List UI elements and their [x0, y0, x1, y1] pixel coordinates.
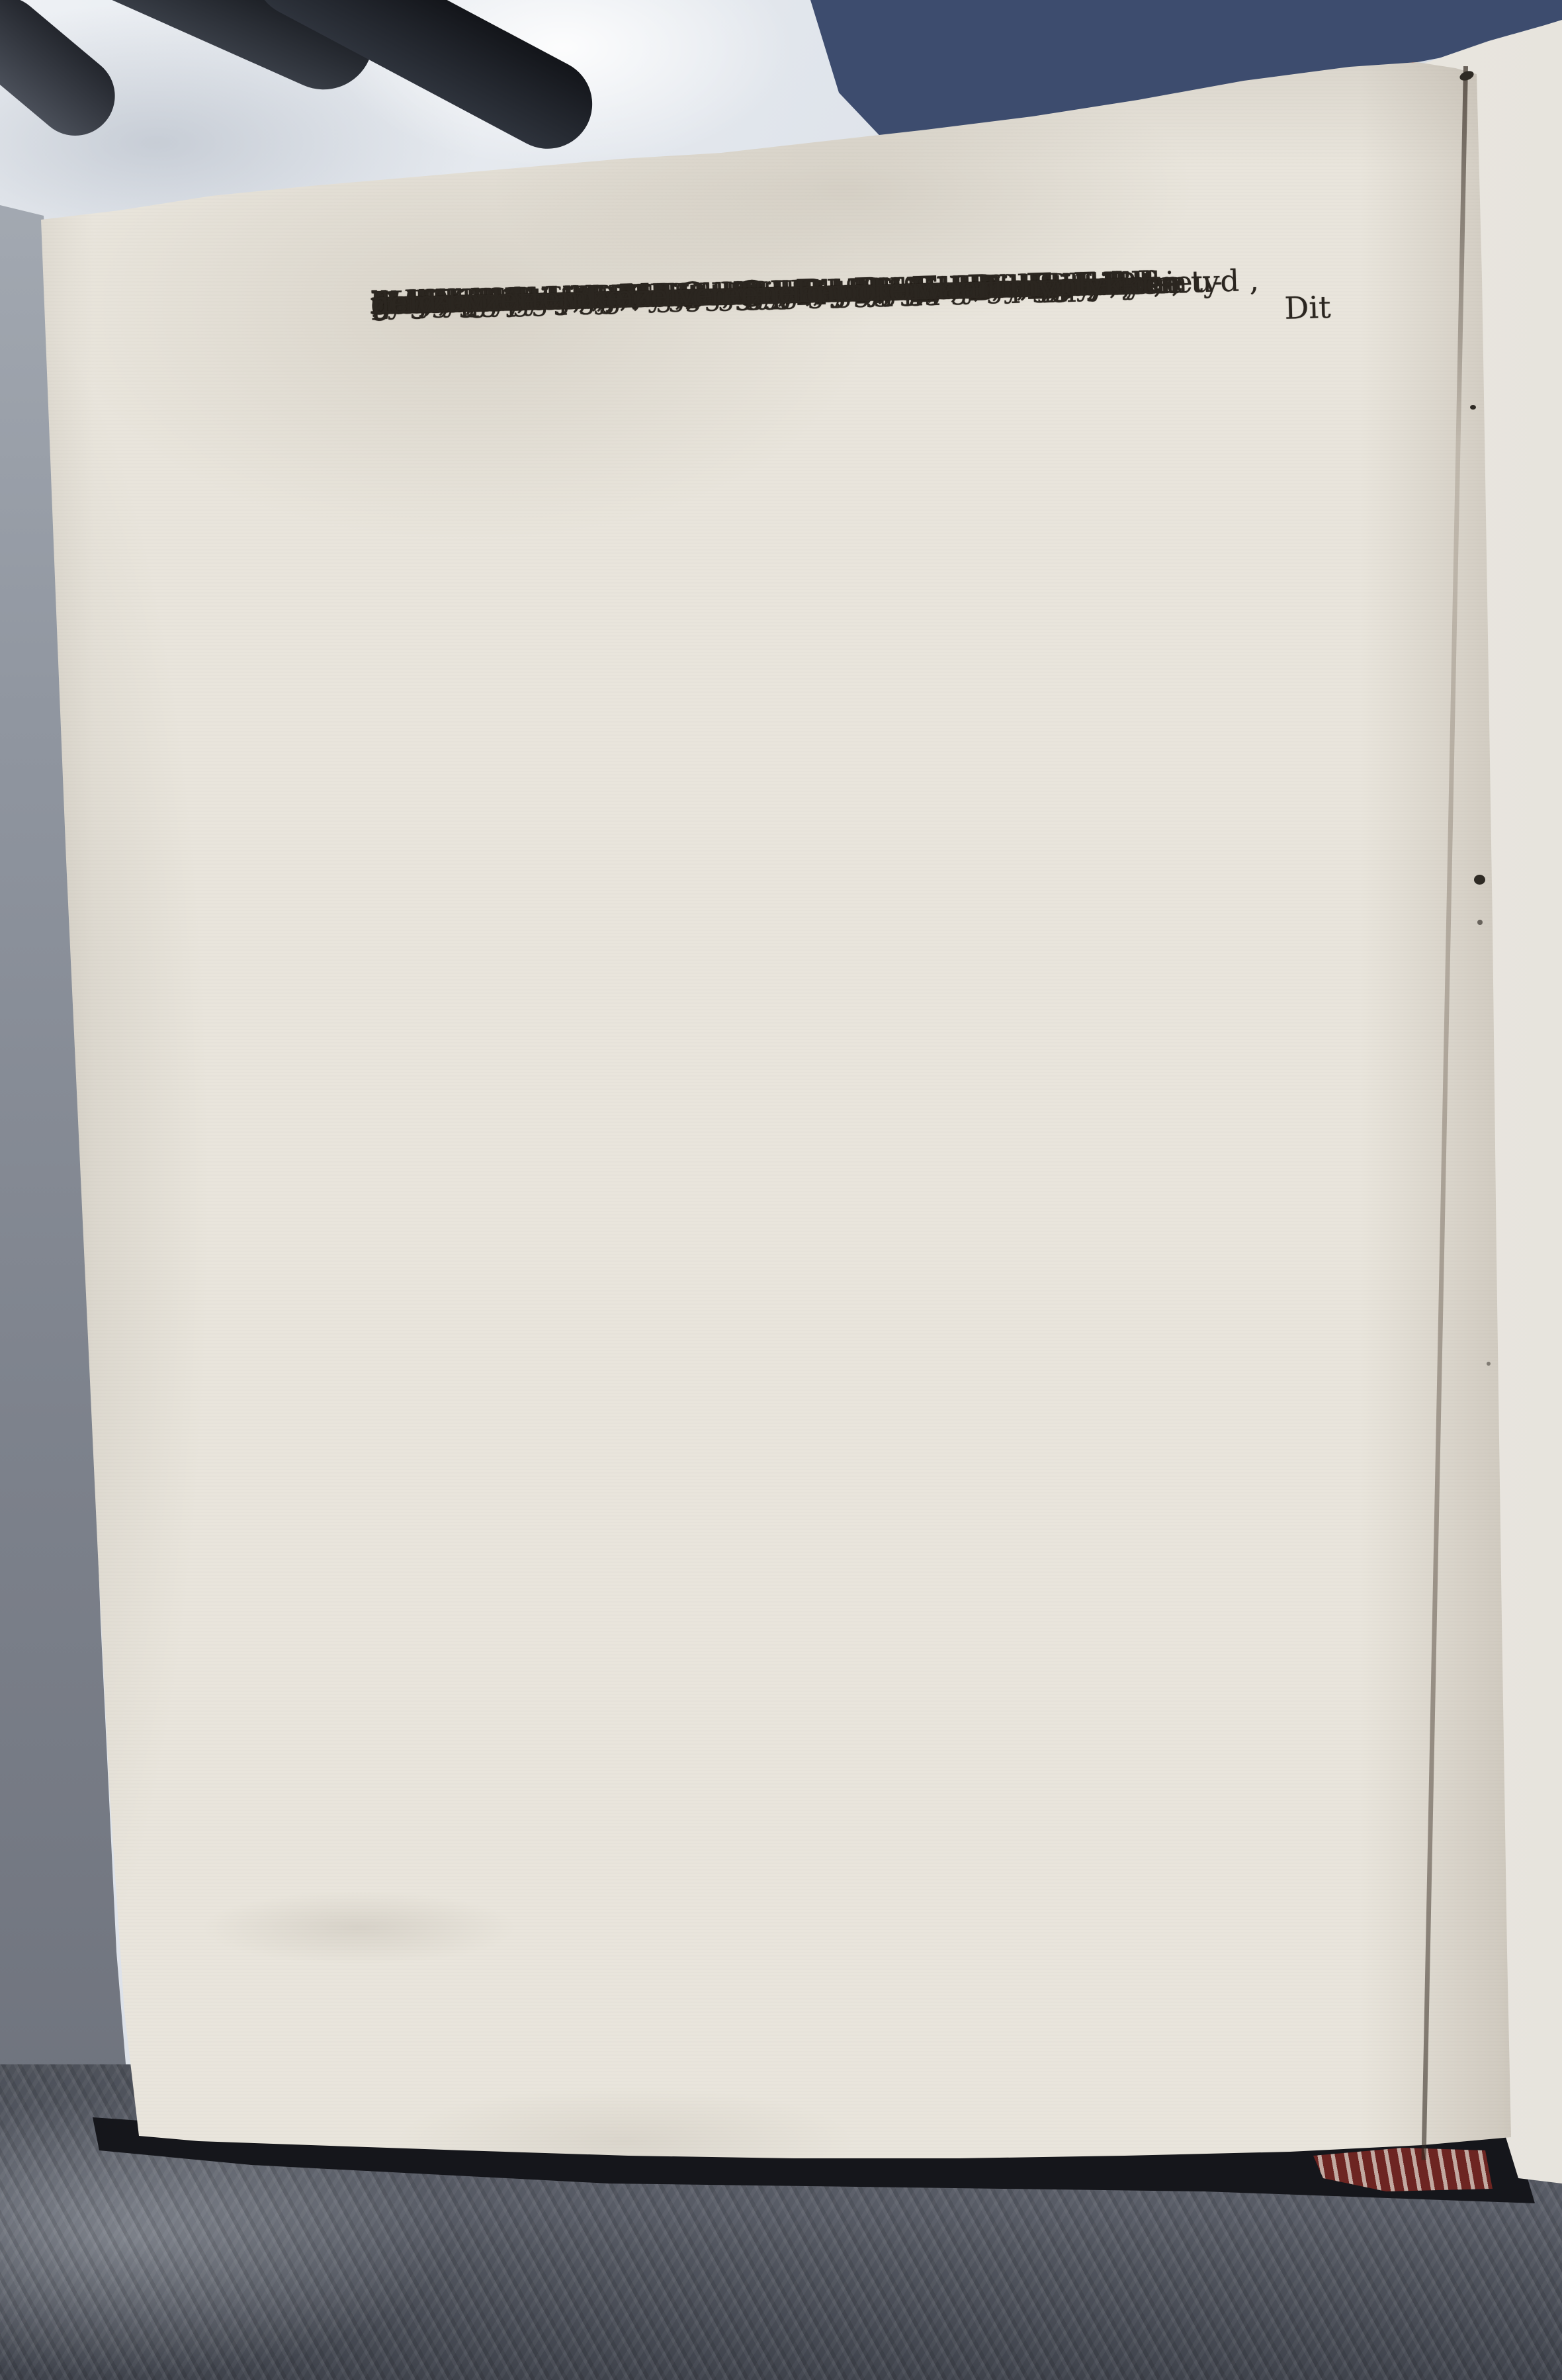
stitch-hole — [1470, 405, 1476, 410]
book-photo: V O O R R E D E. Voorts heb ik het voorg… — [0, 0, 1562, 2380]
book-page: V O O R R E D E. Voorts heb ik het voorg… — [0, 0, 1562, 2380]
catchword: Dit — [1284, 287, 1332, 328]
text-lines: Voorts heb ik het voorgevallen van verſc… — [370, 258, 1331, 283]
stitch-hole — [1474, 875, 1485, 885]
text-block: V O O R R E D E. Voorts heb ik het voorg… — [370, 258, 1331, 283]
stitch-hole — [1477, 920, 1483, 925]
stitch-hole — [1487, 1362, 1491, 1366]
